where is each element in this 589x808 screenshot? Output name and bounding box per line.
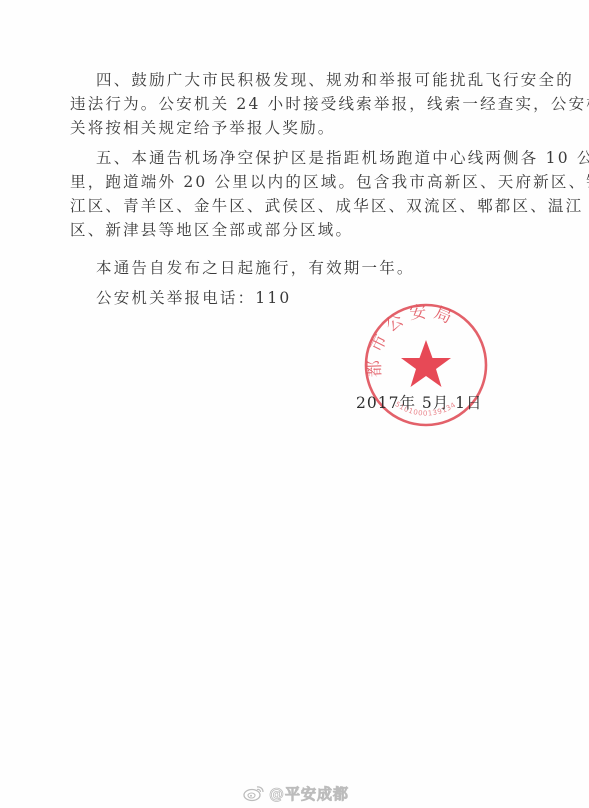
paragraph-5-line-1: 五、本通告机场净空保护区是指距机场跑道中心线两侧各 10 公 xyxy=(96,148,510,168)
paragraph-5-line-2: 里，跑道端外 20 公里以内的区域。包含我市高新区、天府新区、锦 xyxy=(70,172,510,192)
paragraph-4-line-3: 关将按相关规定给予举报人奖励。 xyxy=(70,118,510,138)
star-icon xyxy=(401,340,451,387)
paragraph-5-line-3: 江区、青羊区、金牛区、武侯区、成华区、双流区、郫都区、温江 xyxy=(70,196,510,216)
weibo-icon xyxy=(243,784,265,802)
weibo-watermark: @平安成都 xyxy=(243,784,349,802)
signature-date: 2017年 5月 1日 xyxy=(356,393,483,413)
effective-period-text: 本通告自发布之日起施行，有效期一年。 xyxy=(96,258,510,278)
paragraph-5-line-4: 区、新津县等地区全部或部分区域。 xyxy=(70,220,510,240)
watermark-text: @平安成都 xyxy=(269,783,349,804)
paragraph-4-line-1: 四、鼓励广大市民积极发现、规劝和举报可能扰乱飞行安全的 xyxy=(96,70,510,90)
document-page: 四、鼓励广大市民积极发现、规劝和举报可能扰乱飞行安全的 违法行为。公安机关 24… xyxy=(0,0,589,808)
paragraph-4-line-2: 违法行为。公安机关 24 小时接受线索举报，线索一经查实，公安机 xyxy=(70,94,510,114)
